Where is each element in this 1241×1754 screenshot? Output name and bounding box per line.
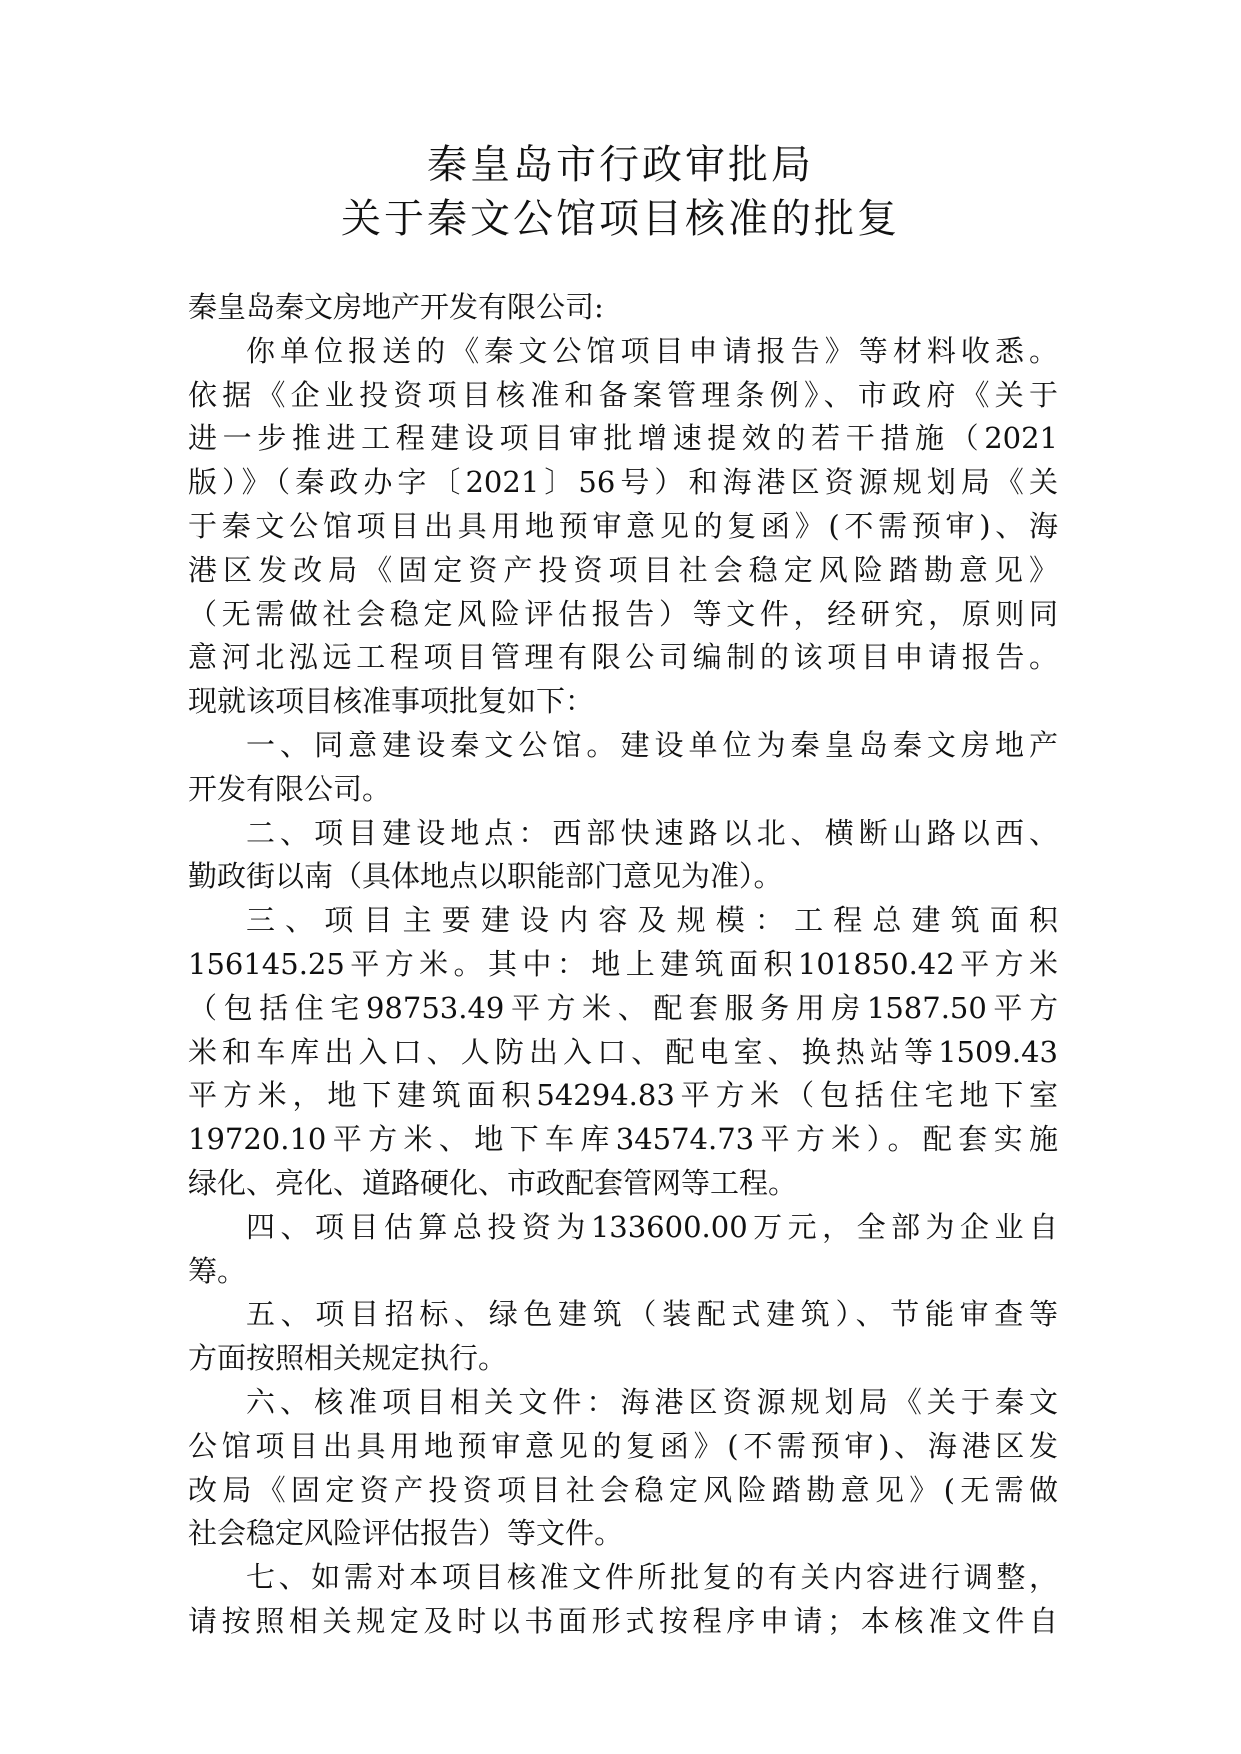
text-line: 开发有限公司。 — [188, 768, 1058, 812]
text-line: 方面按照相关规定执行。 — [188, 1337, 1058, 1381]
text-line: 公馆项目出具用地预审意见的复函》(不需预审)、海港区发 — [188, 1425, 1058, 1469]
title-line-1: 秦皇岛市行政审批局 — [0, 138, 1241, 192]
text-line: 港区发改局《固定资产投资项目社会稳定风险踏勘意见》 — [188, 549, 1058, 593]
text-line: 勤政街以南（具体地点以职能部门意见为准）。 — [188, 855, 1058, 899]
text-line: 秦皇岛秦文房地产开发有限公司: — [188, 286, 1058, 330]
text-line: 156145.25平方米。其中：地上建筑面积101850.42平方米 — [188, 943, 1058, 987]
text-line: 筹。 — [188, 1250, 1058, 1294]
title-line-2: 关于秦文公馆项目核准的批复 — [0, 192, 1241, 246]
text-line: 绿化、亮化、道路硬化、市政配套管网等工程。 — [188, 1162, 1058, 1206]
text-line: 五、项目招标、绿色建筑（装配式建筑）、节能审查等 — [188, 1293, 1058, 1337]
text-line: 六、核准项目相关文件：海港区资源规划局《关于秦文 — [188, 1381, 1058, 1425]
text-line: 19720.10平方米、地下车库34574.73平方米）。配套实施 — [188, 1118, 1058, 1162]
text-line: 依据《企业投资项目核准和备案管理条例》、市政府《关于 — [188, 374, 1058, 418]
text-line: 平方米，地下建筑面积54294.83平方米（包括住宅地下室 — [188, 1074, 1058, 1118]
text-line: 版）》（秦政办字〔2021〕56号）和海港区资源规划局《关 — [188, 461, 1058, 505]
text-line: 意河北泓远工程项目管理有限公司编制的该项目申请报告。 — [188, 636, 1058, 680]
text-line: 进一步推进工程建设项目审批增速提效的若干措施（2021 — [188, 417, 1058, 461]
text-line: 七、如需对本项目核准文件所批复的有关内容进行调整， — [188, 1556, 1058, 1600]
text-line: 改局《固定资产投资项目社会稳定风险踏勘意见》(无需做 — [188, 1469, 1058, 1513]
text-line: 三、项目主要建设内容及规模：工程总建筑面积 — [188, 899, 1058, 943]
text-line: 于秦文公馆项目出具用地预审意见的复函》(不需预审)、海 — [188, 505, 1058, 549]
text-line: 请按照相关规定及时以书面形式按程序申请；本核准文件自 — [188, 1600, 1058, 1644]
text-line: 四、项目估算总投资为133600.00万元，全部为企业自 — [188, 1206, 1058, 1250]
document-body: 秦皇岛秦文房地产开发有限公司:你单位报送的《秦文公馆项目申请报告》等材料收悉。依… — [188, 286, 1058, 1644]
text-line: 现就该项目核准事项批复如下： — [188, 680, 1058, 724]
text-line: 米和车库出入口、人防出入口、配电室、换热站等1509.43 — [188, 1031, 1058, 1075]
text-line: 二、项目建设地点：西部快速路以北、横断山路以西、 — [188, 812, 1058, 856]
text-line: （包括住宅98753.49平方米、配套服务用房1587.50平方 — [188, 987, 1058, 1031]
text-line: （无需做社会稳定风险评估报告）等文件，经研究，原则同 — [188, 593, 1058, 637]
document-title: 秦皇岛市行政审批局 关于秦文公馆项目核准的批复 — [0, 138, 1241, 246]
text-line: 一、同意建设秦文公馆。建设单位为秦皇岛秦文房地产 — [188, 724, 1058, 768]
text-line: 社会稳定风险评估报告）等文件。 — [188, 1512, 1058, 1556]
text-line: 你单位报送的《秦文公馆项目申请报告》等材料收悉。 — [188, 330, 1058, 374]
